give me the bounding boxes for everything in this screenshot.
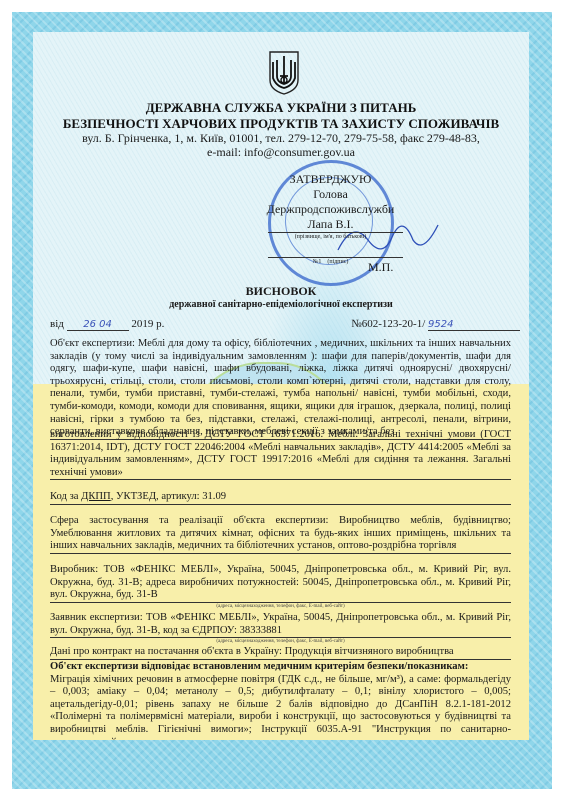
organization-name: ДЕРЖАВНА СЛУЖБА УКРАЇНИ З ПИТАНЬ БЕЗПЕЧН… — [33, 100, 529, 131]
approver-name-caption: (прізвище, ім'я, по батькові) — [258, 233, 403, 241]
approver-position: Голова Держпродспоживслужби — [258, 187, 403, 217]
field-manufacturer: Виробник: ТОВ «ФЕНІКС МЕБЛІ», Україна, 5… — [50, 564, 511, 610]
field-object: Об'єкт експертизи: Меблі для дому та офі… — [50, 338, 511, 440]
criteria-heading: Об'єкт експертизи відповідає встановлени… — [50, 661, 511, 674]
contract-text: Дані про контракт на постачання об'єкта … — [50, 646, 511, 660]
field-criteria: Об'єкт експертизи відповідає встановлени… — [50, 661, 511, 740]
manufacturer-caption: (адреса, місцезнаходження, телефон, факс… — [50, 603, 511, 610]
scope-text: Сфера застосування та реалізації об'єкта… — [50, 515, 511, 554]
org-email: e-mail: info@consumer.gov.ua — [33, 145, 529, 159]
field-code: Код за ДКПП, УКТЗЕД, артикул: 31.09 — [50, 491, 511, 505]
org-name-line2: БЕЗПЕЧНОСТІ ХАРЧОВИХ ПРОДУКТІВ ТА ЗАХИСТ… — [33, 116, 529, 132]
ukraine-trident-emblem-icon — [268, 50, 300, 95]
certificate-paper: ДЕРЖАВНА СЛУЖБА УКРАЇНИ З ПИТАНЬ БЕЗПЕЧН… — [33, 32, 529, 740]
criteria-text: Міграція хімічних речовин в атмосферне п… — [50, 674, 511, 740]
field-scope: Сфера застосування та реалізації об'єкта… — [50, 515, 511, 554]
date-handwritten: 26 04 — [83, 319, 112, 330]
manufacturer-text: Виробник: ТОВ «ФЕНІКС МЕБЛІ», Україна, 5… — [50, 564, 511, 603]
field-manufactured: виготовлений у відповідності із ДСТУ ГОС… — [50, 429, 511, 480]
organization-contacts: вул. Б. Грінченка, 1, м. Київ, 01001, те… — [33, 131, 529, 159]
document-subtitle: державної санітарно-епідеміологічної екс… — [33, 299, 529, 310]
certificate-border: ДЕРЖАВНА СЛУЖБА УКРАЇНИ З ПИТАНЬ БЕЗПЕЧН… — [12, 12, 552, 789]
field-contract: Дані про контракт на постачання об'єкта … — [50, 646, 511, 660]
number-prefix: №602-123-20-1/ — [351, 318, 425, 330]
applicant-caption: (адреса, місцезнаходження, телефон, факс… — [50, 638, 511, 645]
stamp-number: №1 — [313, 259, 322, 265]
date-year: 2019 р. — [131, 318, 164, 330]
manufactured-text: виготовлений у відповідності із ДСТУ ГОС… — [50, 429, 511, 480]
number-handwritten: 9524 — [428, 319, 453, 330]
seal-label: М.П. — [368, 260, 393, 275]
date-prefix: від — [50, 318, 64, 330]
code-prefix: Код за — [50, 491, 81, 502]
document-title: ВИСНОВОК — [33, 284, 529, 299]
approval-block: ЗАТВЕРДЖУЮ Голова Держпродспоживслужби Л… — [258, 172, 403, 266]
approver-name: Лапа В.І. — [258, 217, 403, 232]
object-text: Об'єкт експертизи: Меблі для дому та офі… — [50, 338, 511, 440]
applicant-text: Заявник експертизи: ТОВ «ФЕНІКС МЕБЛІ», … — [50, 612, 511, 638]
field-applicant: Заявник експертизи: ТОВ «ФЕНІКС МЕБЛІ», … — [50, 612, 511, 645]
approve-label: ЗАТВЕРДЖУЮ — [258, 172, 403, 187]
signature-caption: (підпис) — [327, 259, 348, 265]
code-dkpp: ДКПП — [81, 491, 111, 502]
date-number-row: від 26 04 2019 р. №602-123-20-1/ 9524 — [50, 318, 520, 331]
org-name-line1: ДЕРЖАВНА СЛУЖБА УКРАЇНИ З ПИТАНЬ — [33, 100, 529, 116]
org-address: вул. Б. Грінченка, 1, м. Київ, 01001, те… — [33, 131, 529, 145]
code-rest: , УКТЗЕД, артикул: 31.09 — [111, 491, 226, 502]
